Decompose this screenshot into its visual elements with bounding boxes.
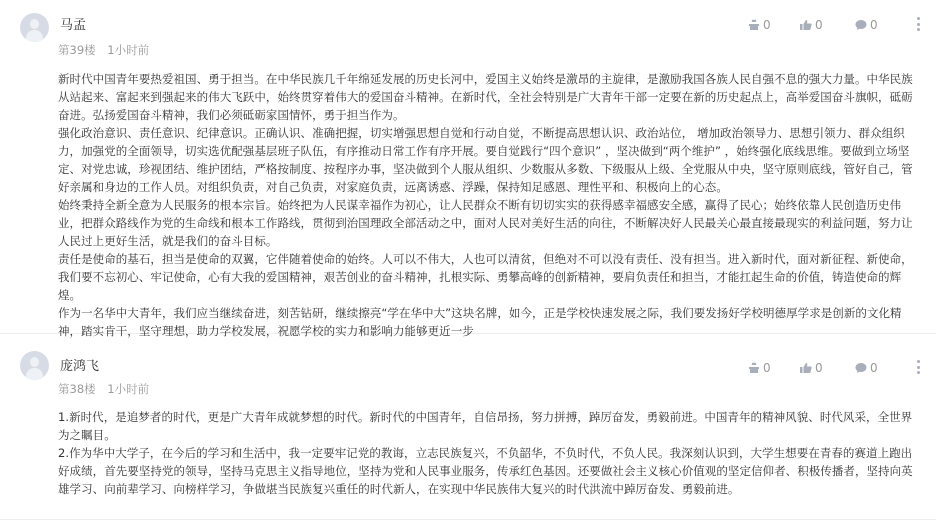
avatar-head-shape	[30, 19, 39, 29]
comment-bubble-icon	[855, 362, 867, 374]
avatar-head-shape	[30, 357, 39, 367]
gift-count: 0	[763, 17, 771, 33]
username[interactable]: 马孟	[60, 18, 86, 34]
comment-meta: 第38楼 1小时前	[58, 381, 149, 397]
avatar-body-shape	[26, 30, 43, 42]
thumbs-up-icon	[800, 19, 812, 31]
comment-paragraph: 2.作为华中大学子，在今后的学习和生活中，我一定要牢记党的教诲，立志民族复兴，不…	[58, 444, 916, 498]
gift-icon	[748, 362, 760, 374]
floor-number: 第39楼	[58, 43, 96, 57]
gift-button[interactable]: 0	[748, 360, 800, 376]
gift-count: 0	[763, 360, 771, 376]
more-vertical-icon-dot	[917, 360, 920, 363]
comment-paragraph: 始终秉持全新全意为人民服务的根本宗旨。始终把为人民谋幸福作为初心，让人民群众不断…	[58, 196, 916, 250]
avatar[interactable]	[20, 13, 49, 42]
timestamp: 1小时前	[107, 382, 149, 396]
username[interactable]: 庞鸿飞	[60, 359, 99, 375]
more-vertical-icon-dot	[917, 366, 920, 369]
more-vertical-icon-dot	[917, 28, 920, 31]
comment-item: 庞鸿飞 第38楼 1小时前 0 0 0 1.新时代，是追梦者的时代，更是广大青年…	[0, 334, 936, 520]
comment-paragraph: 1.新时代，是追梦者的时代，更是广大青年成就梦想的时代。新时代的中国青年，自信昂…	[58, 408, 916, 444]
comment-item: 马孟 第39楼 1小时前 0 0 0 新时代中国青年要热爱祖国、勇于担当。在中华…	[0, 0, 936, 334]
reply-count: 0	[870, 360, 878, 376]
more-vertical-icon-dot	[917, 17, 920, 20]
comment-content: 新时代中国青年要热爱祖国、勇于担当。在中华民族几千年绵延发展的历史长河中，爱国主…	[58, 70, 916, 340]
reply-count: 0	[870, 17, 878, 33]
floor-number: 第38楼	[58, 382, 96, 396]
comment-bubble-icon	[855, 19, 867, 31]
gift-button[interactable]: 0	[748, 17, 800, 33]
avatar[interactable]	[20, 351, 49, 380]
more-options-button[interactable]	[915, 17, 921, 31]
more-vertical-icon-dot	[917, 371, 920, 374]
like-button[interactable]: 0	[800, 360, 855, 376]
comment-meta: 第39楼 1小时前	[58, 42, 149, 58]
comment-paragraph: 强化政治意识、责任意识、纪律意识。正确认识、准确把握，切实增强思想自觉和行动自觉…	[58, 124, 916, 196]
comment-content: 1.新时代，是追梦者的时代，更是广大青年成就梦想的时代。新时代的中国青年，自信昂…	[58, 408, 916, 498]
comment-paragraph: 新时代中国青年要热爱祖国、勇于担当。在中华民族几千年绵延发展的历史长河中，爱国主…	[58, 70, 916, 124]
timestamp: 1小时前	[107, 43, 149, 57]
reply-button[interactable]: 0	[855, 360, 910, 376]
thumbs-up-icon	[800, 362, 812, 374]
more-vertical-icon-dot	[917, 23, 920, 26]
like-count: 0	[815, 17, 823, 33]
more-options-button[interactable]	[915, 360, 921, 374]
like-button[interactable]: 0	[800, 17, 855, 33]
gift-icon	[748, 19, 760, 31]
reply-button[interactable]: 0	[855, 17, 910, 33]
like-count: 0	[815, 360, 823, 376]
comment-actions: 0 0 0	[748, 360, 910, 376]
comment-paragraph: 责任是使命的基石，担当是使命的双翼，它伴随着使命的始终。人可以不伟大，人也可以清…	[58, 250, 916, 304]
comment-actions: 0 0 0	[748, 17, 910, 33]
avatar-body-shape	[26, 368, 43, 380]
